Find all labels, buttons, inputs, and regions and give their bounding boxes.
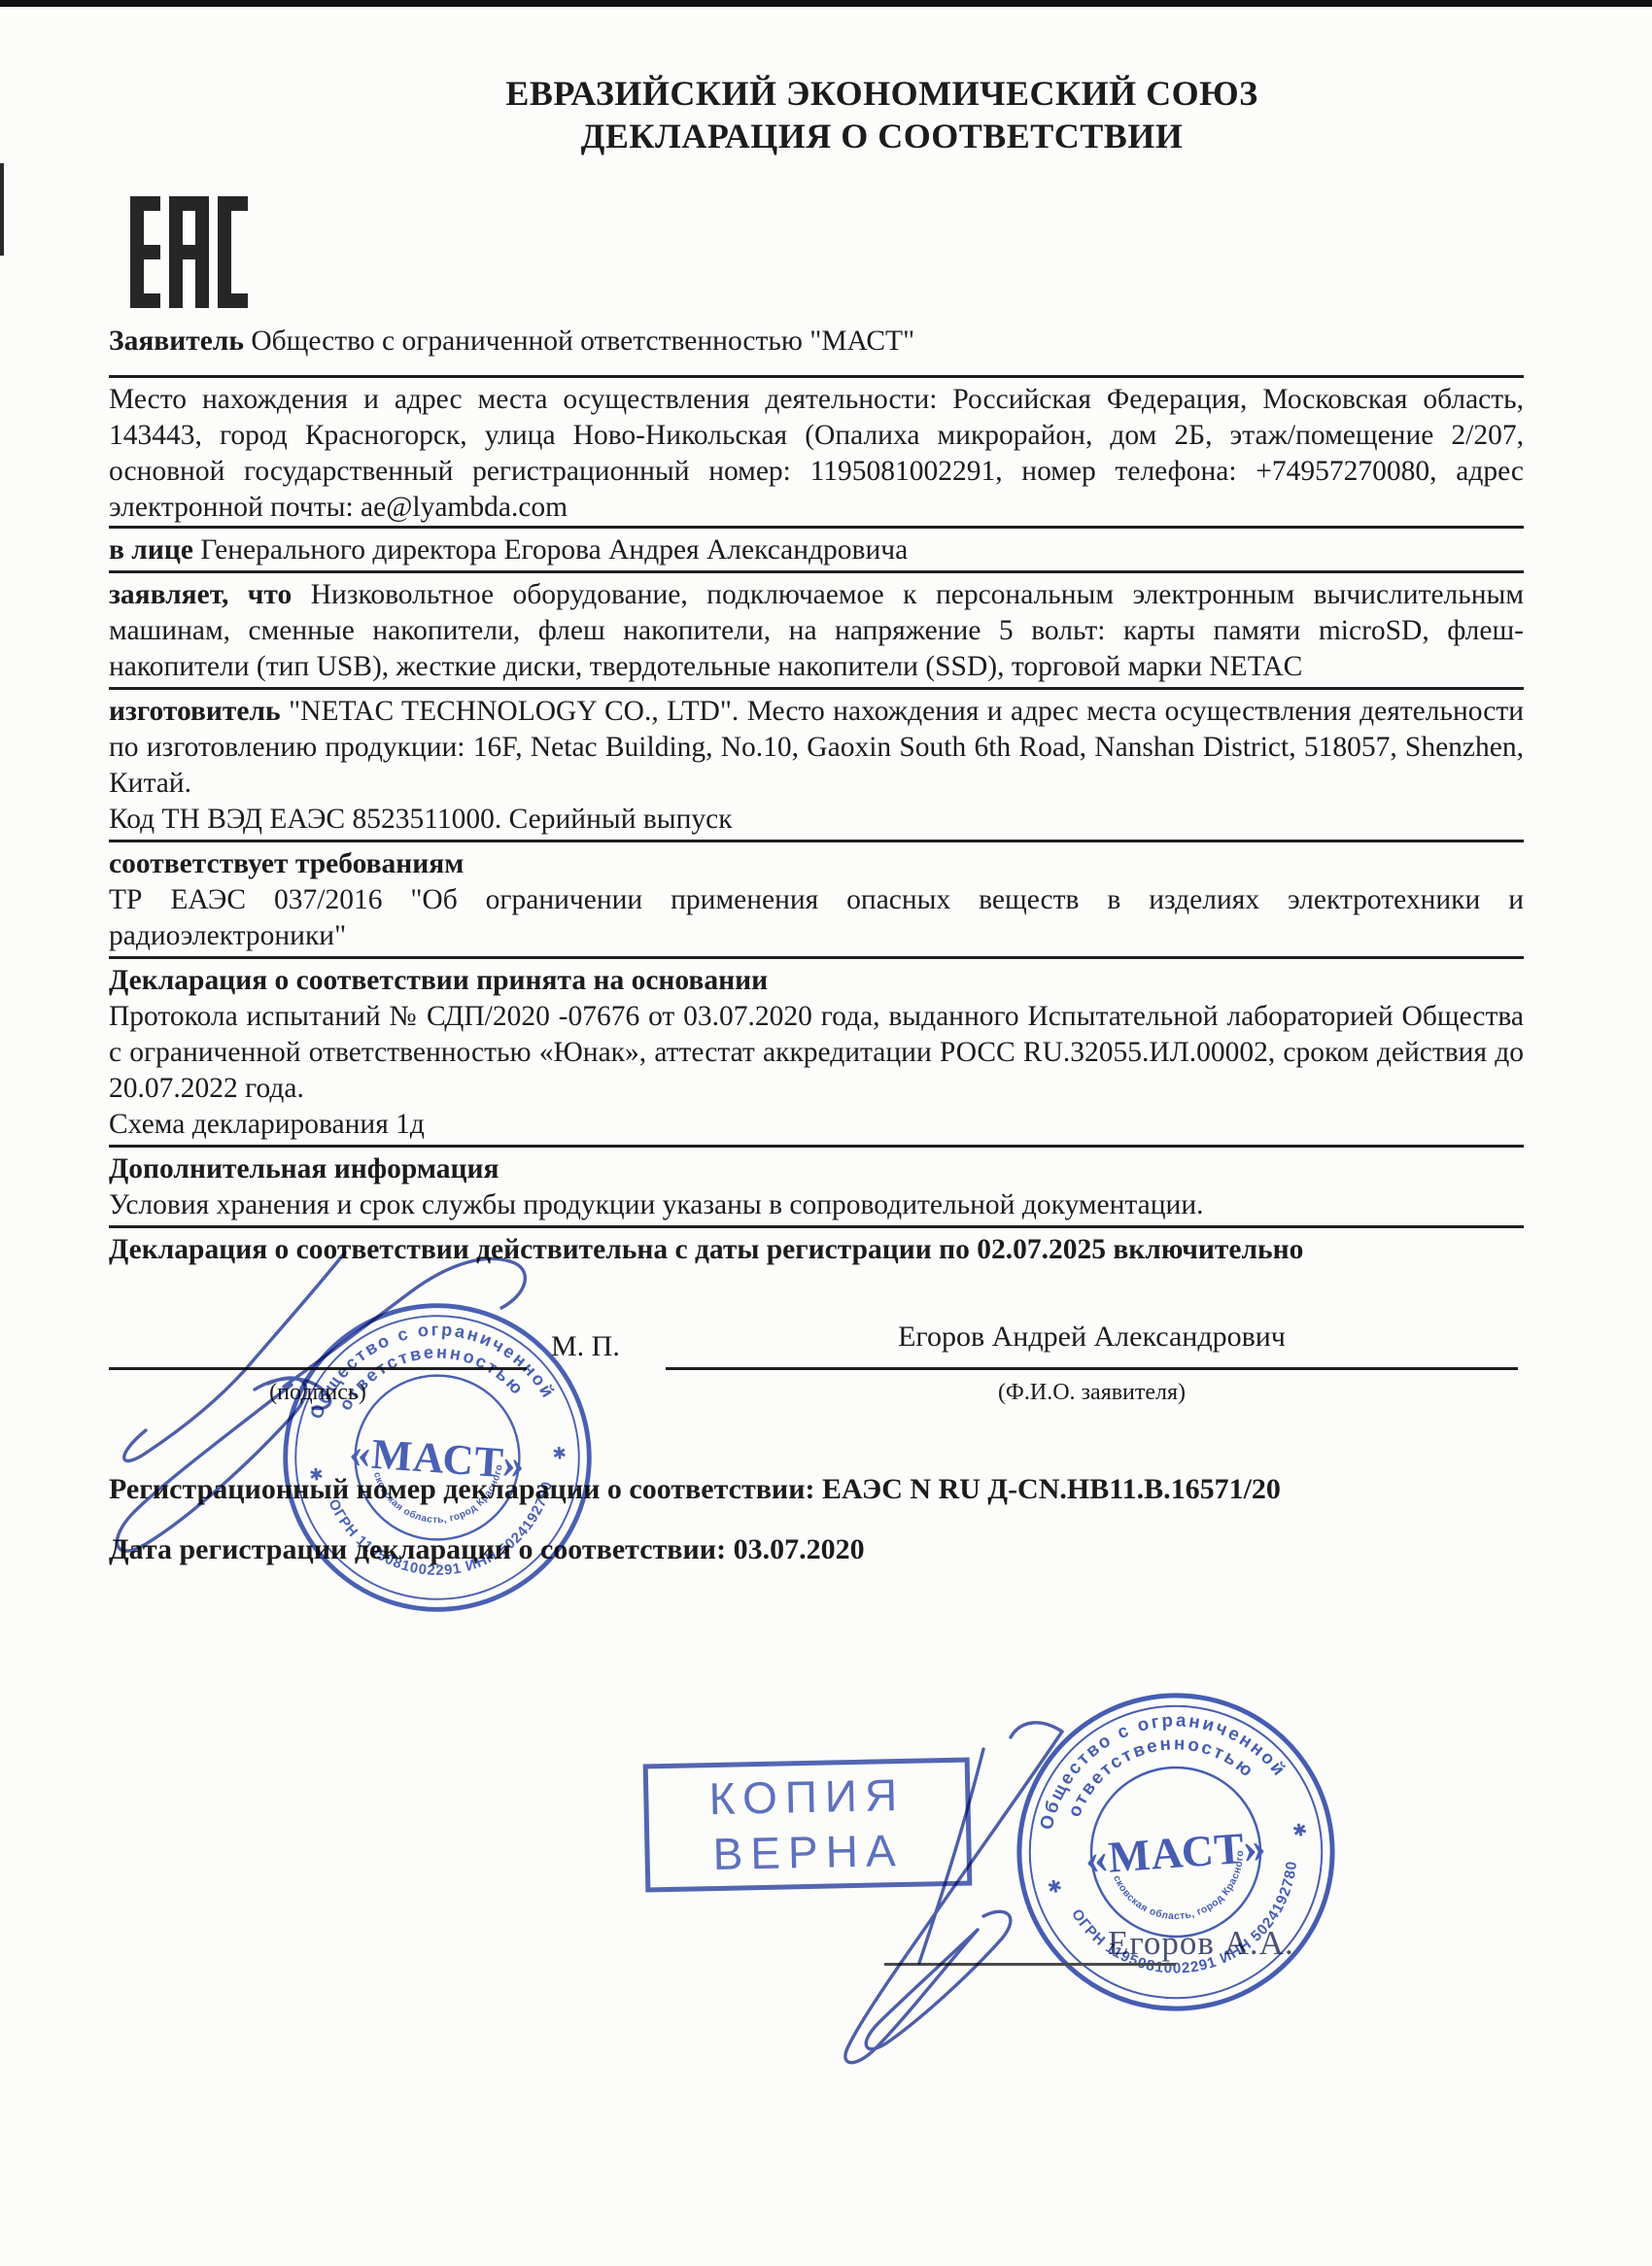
declaration-document: ЕВРАЗИЙСКИЙ ЭКОНОМИЧЕСКИЙ СОЮЗ ДЕКЛАРАЦИ… (0, 0, 1652, 2266)
handwritten-signatures (0, 0, 1652, 2266)
